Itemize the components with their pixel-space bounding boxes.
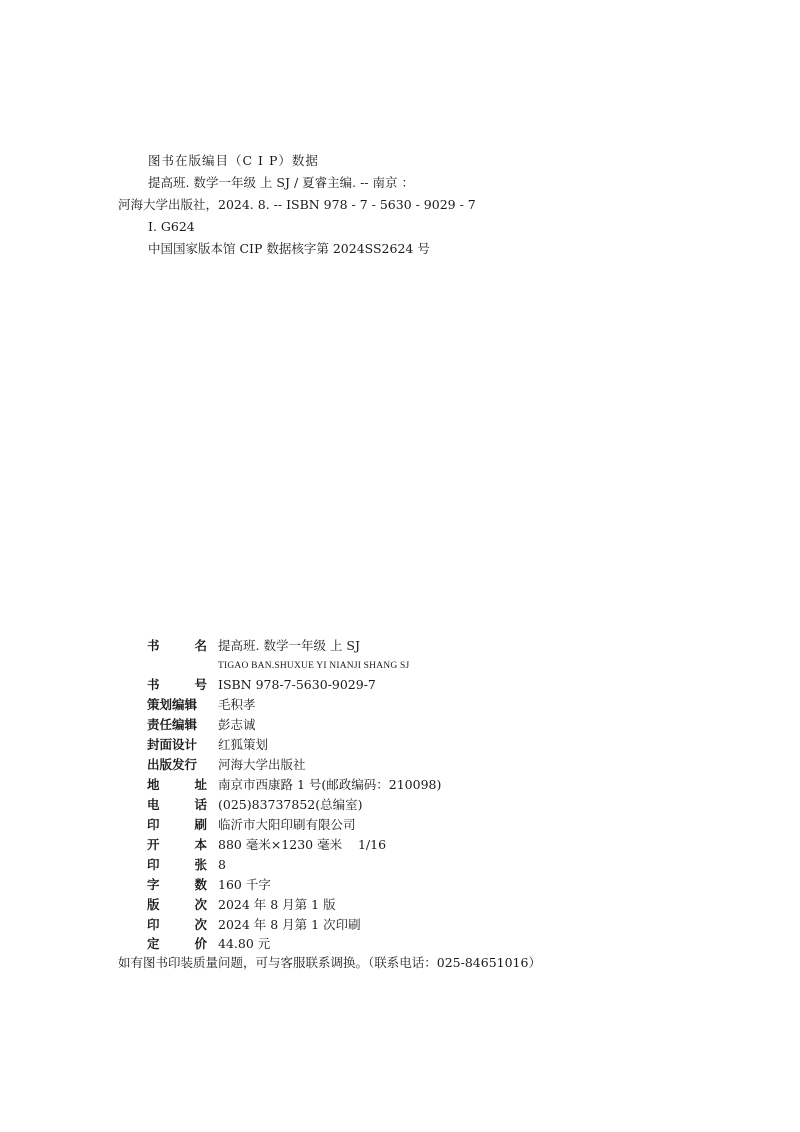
colophon-label: 书号 xyxy=(147,676,207,694)
colophon-value: 临沂市大阳印刷有限公司 xyxy=(218,816,356,834)
colophon-label: 开本 xyxy=(147,836,207,854)
colophon-value: 南京市西康路 1 号(邮政编码：210098) xyxy=(218,776,441,794)
colophon-label: 责任编辑 xyxy=(147,716,207,734)
colophon-value: ISBN 978-7-5630-9029-7 xyxy=(218,676,376,694)
colophon-value: 880 毫米×1230 毫米 1/16 xyxy=(218,836,386,854)
colophon-value: 2024 年 8 月第 1 版 xyxy=(218,896,336,914)
cip-line-record-number: 中国国家版本馆 CIP 数据核字第 2024SS2624 号 xyxy=(148,241,430,257)
colophon-value: 河海大学出版社 xyxy=(218,756,306,774)
colophon-value: 红狐策划 xyxy=(218,736,268,754)
colophon-label: 印次 xyxy=(147,916,207,934)
colophon-value: 彭志诚 xyxy=(218,716,256,734)
colophon-label: 印张 xyxy=(147,856,207,874)
colophon-label: 封面设计 xyxy=(147,736,207,754)
cip-title: 图书在版编目（C I P）数据 xyxy=(148,153,319,169)
colophon-label: 电话 xyxy=(147,796,207,814)
colophon-value: 160 千字 xyxy=(218,876,271,894)
colophon-value: (025)83737852(总编室) xyxy=(218,796,363,814)
colophon-value: 毛积孝 xyxy=(218,696,256,714)
colophon-label: 书名 xyxy=(147,637,207,655)
colophon-label: 策划编辑 xyxy=(147,696,207,714)
cip-line-publisher-isbn: 河海大学出版社，2024. 8. -- ISBN 978 - 7 - 5630 … xyxy=(118,197,476,213)
colophon-label: 版次 xyxy=(147,896,207,914)
colophon-value: 提高班. 数学一年级 上 SJ xyxy=(218,637,360,655)
book-name-pinyin: TIGAO BAN.SHUXUE YI NIANJI SHANG SJ xyxy=(218,657,409,675)
colophon-label: 地址 xyxy=(147,776,207,794)
colophon-value: 44.80 元 xyxy=(218,935,270,953)
quality-notice: 如有图书印装质量问题，可与客服联系调换。（联系电话：025-84651016） xyxy=(118,954,541,972)
colophon-label: 定价 xyxy=(147,935,207,953)
colophon-value: 8 xyxy=(218,856,226,874)
cip-line-title-editor: 提高班. 数学一年级 上 SJ / 夏睿主编. -- 南京 ： xyxy=(148,175,414,191)
cip-line-classification: Ⅰ. G624 xyxy=(148,219,195,235)
colophon-label: 印刷 xyxy=(147,816,207,834)
colophon-label: 字数 xyxy=(147,876,207,894)
colophon-label: 出版发行 xyxy=(147,756,207,774)
colophon-value: 2024 年 8 月第 1 次印刷 xyxy=(218,916,361,934)
